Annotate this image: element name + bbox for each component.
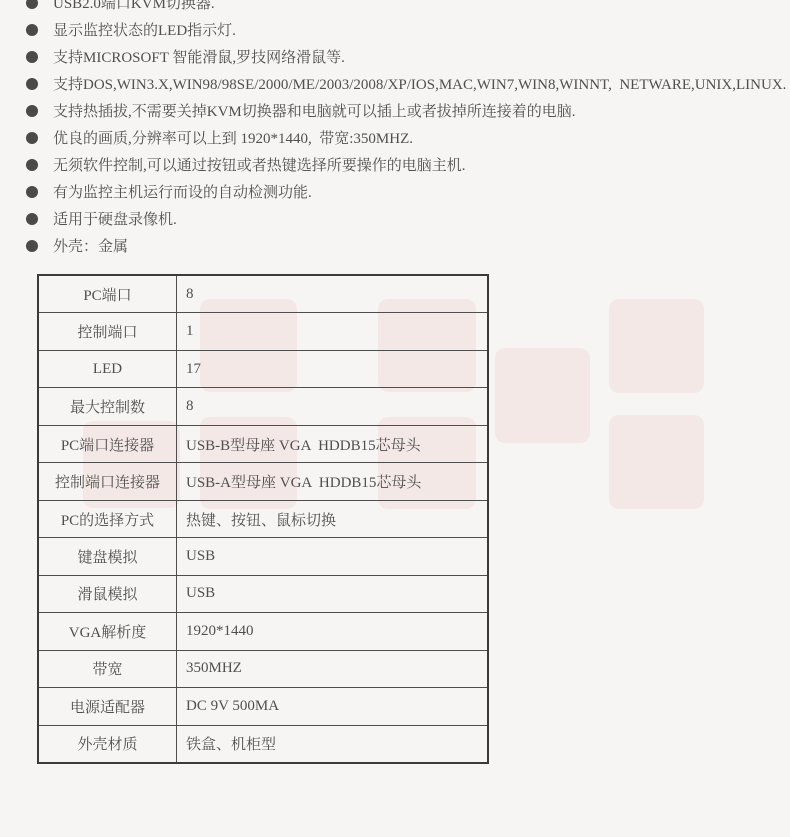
table-row: PC端口连接器 USB-B型母座 VGA HDDB15芯母头 <box>39 425 487 462</box>
bullet-icon <box>26 24 38 36</box>
spec-label: PC端口 <box>39 276 177 312</box>
table-row: 带宽 350MHZ <box>39 650 487 687</box>
spec-label: PC的选择方式 <box>39 501 177 537</box>
table-row: 键盘模拟 USB <box>39 537 487 574</box>
feature-item: 有为监控主机运行而设的自动检测功能. <box>0 178 790 205</box>
feature-text: 外壳：金属 <box>53 235 128 256</box>
spec-label: PC端口连接器 <box>39 426 177 462</box>
feature-text: USB2.0端口KVM切换器. <box>53 0 215 13</box>
spec-value: 8 <box>177 276 487 312</box>
spec-value: 17 <box>177 351 487 387</box>
feature-item: USB2.0端口KVM切换器. <box>0 0 790 16</box>
bullet-icon <box>26 186 38 198</box>
feature-item: 外壳：金属 <box>0 232 790 259</box>
spec-value: 350MHZ <box>177 651 487 687</box>
bullet-icon <box>26 240 38 252</box>
table-row: 电源适配器 DC 9V 500MA <box>39 687 487 724</box>
spec-label: 电源适配器 <box>39 688 177 724</box>
table-row: 外壳材质 铁盒、机柜型 <box>39 725 487 762</box>
spec-value: USB <box>177 576 487 612</box>
feature-item: 无须软件控制,可以通过按钮或者热键选择所要操作的电脑主机. <box>0 151 790 178</box>
watermark-square <box>609 415 704 509</box>
table-row: PC端口 8 <box>39 276 487 312</box>
spec-value: USB-A型母座 VGA HDDB15芯母头 <box>177 463 487 499</box>
spec-label: 控制端口 <box>39 313 177 349</box>
spec-value: USB <box>177 538 487 574</box>
spec-label: VGA解析度 <box>39 613 177 649</box>
feature-list: USB2.0端口KVM切换器. 显示监控状态的LED指示灯. 支持MICROSO… <box>0 0 790 259</box>
feature-text: 支持MICROSOFT 智能滑鼠,罗技网络滑鼠等. <box>53 46 345 67</box>
table-row: 滑鼠模拟 USB <box>39 575 487 612</box>
feature-text: 无须软件控制,可以通过按钮或者热键选择所要操作的电脑主机. <box>53 154 466 175</box>
spec-value: DC 9V 500MA <box>177 688 487 724</box>
bullet-icon <box>26 132 38 144</box>
feature-text: 有为监控主机运行而设的自动检测功能. <box>53 181 312 202</box>
bullet-icon <box>26 213 38 225</box>
feature-text: 支持DOS,WIN3.X,WIN98/98SE/2000/ME/2003/200… <box>53 73 786 94</box>
table-row: 控制端口连接器 USB-A型母座 VGA HDDB15芯母头 <box>39 462 487 499</box>
feature-item: 支持MICROSOFT 智能滑鼠,罗技网络滑鼠等. <box>0 43 790 70</box>
spec-label: 最大控制数 <box>39 388 177 424</box>
spec-label: 键盘模拟 <box>39 538 177 574</box>
table-row: LED 17 <box>39 350 487 387</box>
spec-value: 铁盒、机柜型 <box>177 726 487 762</box>
feature-item: 显示监控状态的LED指示灯. <box>0 16 790 43</box>
table-row: VGA解析度 1920*1440 <box>39 612 487 649</box>
bullet-icon <box>26 78 38 90</box>
bullet-icon <box>26 51 38 63</box>
watermark-square <box>609 299 704 393</box>
spec-value: 8 <box>177 388 487 424</box>
feature-text: 支持热插拔,不需要关掉KVM切换器和电脑就可以插上或者拔掉所连接着的电脑. <box>53 100 576 121</box>
bullet-icon <box>26 105 38 117</box>
feature-text: 显示监控状态的LED指示灯. <box>53 19 236 40</box>
spec-label: LED <box>39 351 177 387</box>
table-row: PC的选择方式 热键、按钮、鼠标切换 <box>39 500 487 537</box>
bullet-icon <box>26 159 38 171</box>
feature-item: 支持DOS,WIN3.X,WIN98/98SE/2000/ME/2003/200… <box>0 70 790 97</box>
spec-value: USB-B型母座 VGA HDDB15芯母头 <box>177 426 487 462</box>
spec-table: PC端口 8 控制端口 1 LED 17 最大控制数 8 PC端口连接器 USB… <box>37 274 489 764</box>
feature-text: 适用于硬盘录像机. <box>53 208 177 229</box>
spec-value: 1920*1440 <box>177 613 487 649</box>
spec-label: 控制端口连接器 <box>39 463 177 499</box>
spec-value: 1 <box>177 313 487 349</box>
feature-text: 优良的画质,分辨率可以上到 1920*1440, 带宽:350MHZ. <box>53 127 413 148</box>
watermark-square <box>495 348 590 443</box>
spec-label: 滑鼠模拟 <box>39 576 177 612</box>
spec-value: 热键、按钮、鼠标切换 <box>177 501 487 537</box>
spec-label: 带宽 <box>39 651 177 687</box>
feature-item: 支持热插拔,不需要关掉KVM切换器和电脑就可以插上或者拔掉所连接着的电脑. <box>0 97 790 124</box>
table-row: 控制端口 1 <box>39 312 487 349</box>
feature-item: 优良的画质,分辨率可以上到 1920*1440, 带宽:350MHZ. <box>0 124 790 151</box>
table-row: 最大控制数 8 <box>39 387 487 424</box>
product-spec-page: USB2.0端口KVM切换器. 显示监控状态的LED指示灯. 支持MICROSO… <box>0 0 790 837</box>
bullet-icon <box>26 0 38 9</box>
feature-item: 适用于硬盘录像机. <box>0 205 790 232</box>
spec-label: 外壳材质 <box>39 726 177 762</box>
